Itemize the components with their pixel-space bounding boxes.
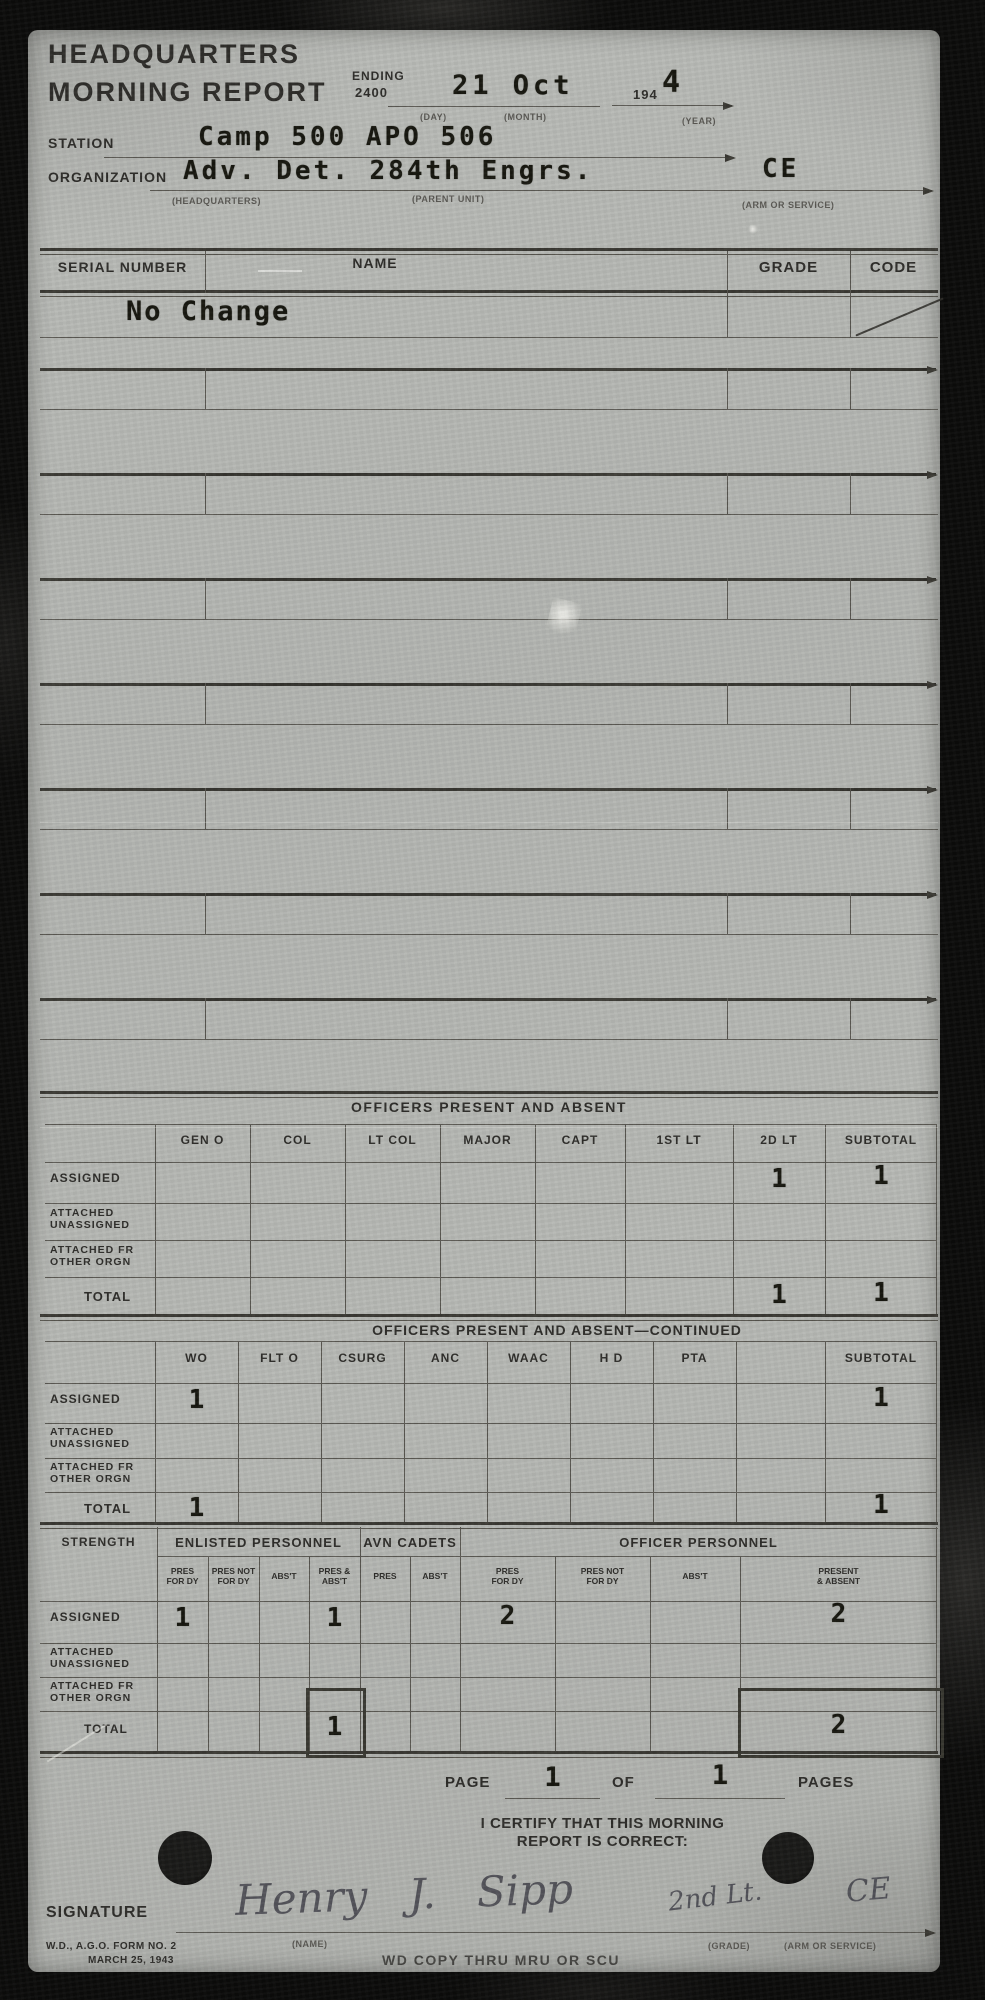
form-date: MARCH 25, 1943 (88, 1956, 174, 1967)
officers2-grid-line (404, 1341, 405, 1522)
officers2-grid-line (321, 1341, 322, 1522)
roster-divider (850, 368, 851, 409)
page-number-value: 1 (505, 1764, 600, 1791)
officers2-col-csurg: CSURG (321, 1352, 404, 1365)
total-pages-underline (655, 1798, 785, 1799)
officers2-col-wo: WO (155, 1352, 238, 1365)
officers2-total-subtotal-value: 1 (825, 1492, 937, 1518)
roster-divider (850, 683, 851, 724)
officers1-row-line (45, 1240, 936, 1241)
ending-label: ENDING (352, 70, 405, 83)
pages-label: PAGES (798, 1775, 854, 1791)
headquarters-sublabel: (HEADQUARTERS) (172, 196, 261, 206)
roster-divider (850, 578, 851, 619)
officers1-grid-line (440, 1124, 441, 1314)
roster-line (40, 724, 938, 725)
arm-service-sublabel: (ARM OR SERVICE) (742, 200, 834, 210)
roster-rule (40, 788, 936, 791)
of-label: OF (612, 1775, 635, 1791)
strength-sub-line (650, 1556, 651, 1751)
report-date-value: 21 Oct (452, 72, 574, 99)
officers2-row-line (45, 1458, 936, 1459)
strength-group-avn-cadets: AVN CADETS (360, 1536, 460, 1550)
officers1-grid-line (345, 1124, 346, 1314)
organization-value: Adv. Det. 284th Engrs. (183, 158, 593, 184)
officers2-col-waac: WAAC (487, 1352, 570, 1365)
page-number-underline (505, 1798, 600, 1799)
officers2-bottom-rule (40, 1522, 938, 1529)
officers1-col-1st-lt: 1ST LT (625, 1134, 733, 1147)
officers2-col-subtotal: SUBTOTAL (825, 1352, 937, 1365)
officers2-row-line (45, 1492, 936, 1493)
strength-assigned-off-presabs-value: 2 (740, 1601, 937, 1627)
day-sublabel: (DAY) (420, 112, 447, 122)
roster-line (40, 829, 938, 830)
signature-underline (176, 1932, 934, 1933)
roster-line (40, 409, 938, 410)
roster-entry-no-change: No Change (126, 298, 290, 325)
strength-assigned-off-pres-value: 2 (460, 1603, 555, 1629)
roster-line (40, 619, 938, 620)
signature-label: SIGNATURE (46, 1905, 148, 1922)
officers1-grid-line (625, 1124, 626, 1314)
officers1-grid-line (535, 1124, 536, 1314)
total-pages-value: 1 (655, 1762, 785, 1789)
strength-header-line (157, 1556, 936, 1557)
officers1-top-rule (40, 1091, 938, 1098)
officers1-total-subtotal-value: 1 (825, 1280, 937, 1306)
officers1-total-2dlt-value: 1 (733, 1282, 825, 1308)
officers1-col-gen-o: GEN O (155, 1134, 250, 1147)
strength-sub-enl-pres-abst: PRES & ABS'T (309, 1566, 360, 1586)
roster-divider (850, 893, 851, 934)
strength-assigned-enl-pres-value: 1 (157, 1605, 208, 1631)
officers1-assigned-subtotal-value: 1 (825, 1163, 937, 1189)
roster-divider (850, 998, 851, 1039)
strength-row-total: TOTAL (84, 1723, 128, 1736)
roster-divider (205, 788, 206, 829)
certification-line1: I CERTIFY THAT THIS MORNING (330, 1816, 875, 1832)
page-label: PAGE (445, 1775, 490, 1791)
organization-label: ORGANIZATION (48, 170, 167, 185)
strength-label: STRENGTH (40, 1536, 157, 1549)
officers2-grid-line (736, 1341, 737, 1522)
punch-hole-left (158, 1831, 212, 1885)
roster-divider (850, 788, 851, 829)
strength-group-enlisted: ENLISTED PERSONNEL (157, 1536, 360, 1550)
year-underline (612, 105, 732, 106)
roster-divider (850, 473, 851, 514)
form-title-line1: HEADQUARTERS (48, 40, 300, 68)
strength-row-attached-unassigned: ATTACHED UNASSIGNED (50, 1646, 130, 1670)
station-label: STATION (48, 136, 114, 151)
year-sublabel: (YEAR) (682, 116, 716, 126)
ending-time: 2400 (355, 86, 388, 100)
officers1-row-attached-unassigned: ATTACHED UNASSIGNED (50, 1207, 130, 1231)
officers2-col-anc: ANC (404, 1352, 487, 1365)
roster-line (40, 934, 938, 935)
roster-rule (40, 368, 936, 371)
roster-divider (205, 683, 206, 724)
roster-divider (727, 473, 728, 514)
officers1-assigned-2dlt-value: 1 (733, 1166, 825, 1192)
roster-divider (727, 788, 728, 829)
roster-row-divider (850, 293, 851, 337)
roster-col-code: CODE (850, 260, 937, 276)
officers2-grid-line (570, 1341, 571, 1522)
roster-divider (727, 368, 728, 409)
officers1-grid-line (155, 1124, 156, 1314)
strength-sub-off-abst: ABS'T (650, 1571, 740, 1581)
roster-rule (40, 893, 936, 896)
roster-divider (727, 998, 728, 1039)
strength-total-enl-presabst-value: 1 (309, 1714, 360, 1740)
roster-divider (205, 473, 206, 514)
date-underline (388, 106, 600, 107)
name-sublabel: (NAME) (292, 1939, 328, 1949)
roster-row-divider (727, 293, 728, 337)
officers1-row-assigned: ASSIGNED (50, 1172, 121, 1185)
officers1-col-col: COL (250, 1134, 345, 1147)
strength-row-attached-fr: ATTACHED FR OTHER ORGN (50, 1680, 134, 1704)
strength-row-assigned: ASSIGNED (50, 1611, 121, 1624)
roster-divider (205, 893, 206, 934)
officers1-col-major: MAJOR (440, 1134, 535, 1147)
scanned-morning-report: HEADQUARTERS MORNING REPORT ENDING 2400 … (0, 0, 985, 2000)
parent-unit-sublabel: (PARENT UNIT) (412, 194, 484, 204)
officers2-assigned-wo-value: 1 (155, 1387, 238, 1413)
officers2-row-line (45, 1383, 936, 1384)
year-printed-prefix: 194 (633, 88, 658, 102)
form-id: W.D., A.G.O. FORM NO. 2 (46, 1942, 177, 1953)
arm-service-value: CE (762, 156, 799, 182)
officers1-grid-line (250, 1124, 251, 1314)
roster-rule (40, 998, 936, 1001)
strength-assigned-enl-presabst-value: 1 (309, 1605, 360, 1631)
year-typed-value: 4 (662, 68, 680, 98)
strength-group-line (157, 1527, 158, 1751)
officers2-row-attached-fr: ATTACHED FR OTHER ORGN (50, 1461, 134, 1485)
officers2-row-line (45, 1341, 936, 1342)
strength-sub-avn-abst: ABS'T (410, 1571, 460, 1581)
strength-sub-off-pres-not-for-dy: PRES NOT FOR DY (555, 1566, 650, 1586)
signature-name-handwriting: Henry J. Sipp (234, 1868, 573, 1922)
roster-col-serial: SERIAL NUMBER (40, 260, 205, 275)
roster-divider (727, 683, 728, 724)
officers2-grid-line (487, 1341, 488, 1522)
strength-sub-off-present-absent: PRESENT & ABSENT (740, 1566, 937, 1586)
officers2-grid-line (653, 1341, 654, 1522)
officers2-col-flt-o: FLT O (238, 1352, 321, 1365)
officers2-row-assigned: ASSIGNED (50, 1393, 121, 1406)
officers1-row-line (45, 1162, 936, 1163)
station-value: Camp 500 APO 506 (198, 124, 496, 150)
roster-rule (40, 578, 936, 581)
roster-divider (727, 893, 728, 934)
strength-total-off-presabs-value: 2 (740, 1712, 937, 1738)
strength-row-line (40, 1643, 936, 1644)
officers2-row-total: TOTAL (84, 1502, 131, 1516)
roster-divider (205, 368, 206, 409)
roster-col-name: NAME (205, 256, 545, 271)
officers2-total-wo-value: 1 (155, 1495, 238, 1521)
strength-sub-line (259, 1556, 260, 1751)
arm-sublabel: (ARM OR SERVICE) (784, 1941, 876, 1951)
strength-row-line (40, 1677, 936, 1678)
roster-rule (40, 683, 936, 686)
officers2-col-pta: PTA (653, 1352, 736, 1365)
strength-sub-enl-abst: ABS'T (259, 1571, 309, 1581)
roster-row-line (40, 337, 938, 338)
form-title-line2: MORNING REPORT (48, 78, 327, 106)
signature-arm-handwriting: CE (845, 1874, 892, 1908)
officers1-col-2d-lt: 2D LT (733, 1134, 825, 1147)
roster-divider (727, 578, 728, 619)
officers2-row-attached-unassigned: ATTACHED UNASSIGNED (50, 1426, 130, 1450)
strength-sub-enl-pres-not-for-dy: PRES NOT FOR DY (208, 1566, 259, 1586)
distribution-note: WD COPY THRU MRU OR SCU (382, 1953, 620, 1968)
officers1-col-lt-col: LT COL (345, 1134, 440, 1147)
roster-divider (205, 578, 206, 619)
roster-col-grade: GRADE (727, 260, 850, 276)
roster-top-rule (40, 248, 938, 255)
officers1-row-line (45, 1203, 936, 1204)
officers1-bottom-rule (40, 1314, 938, 1321)
officers1-row-total: TOTAL (84, 1290, 131, 1304)
officers2-assigned-subtotal-value: 1 (825, 1385, 937, 1411)
roster-divider (205, 998, 206, 1039)
officers1-col-capt: CAPT (535, 1134, 625, 1147)
strength-sub-avn-pres: PRES (360, 1571, 410, 1581)
strength-group-officer: OFFICER PERSONNEL (460, 1536, 937, 1550)
officers1-title: OFFICERS PRESENT AND ABSENT (40, 1100, 938, 1115)
roster-rule (40, 473, 936, 476)
strength-sub-line (410, 1556, 411, 1751)
officers1-col-subtotal: SUBTOTAL (825, 1134, 937, 1147)
punch-hole-right (762, 1832, 814, 1884)
month-sublabel: (MONTH) (504, 112, 547, 122)
officers2-title: OFFICERS PRESENT AND ABSENT—CONTINUED (157, 1323, 957, 1338)
roster-line (40, 1039, 938, 1040)
strength-sub-off-pres-for-dy: PRES FOR DY (460, 1566, 555, 1586)
officers1-row-attached-fr: ATTACHED FR OTHER ORGN (50, 1244, 134, 1268)
roster-line (40, 514, 938, 515)
organization-underline (150, 190, 932, 191)
officers2-row-line (45, 1423, 936, 1424)
strength-sub-enl-pres-for-dy: PRES FOR DY (157, 1566, 208, 1586)
strength-group-line (460, 1527, 461, 1751)
officers1-row-line (45, 1277, 936, 1278)
grade-sublabel: (GRADE) (708, 1941, 750, 1951)
officers2-grid-line (238, 1341, 239, 1522)
officers2-col-h-d: H D (570, 1352, 653, 1365)
officers1-row-line (45, 1124, 936, 1125)
